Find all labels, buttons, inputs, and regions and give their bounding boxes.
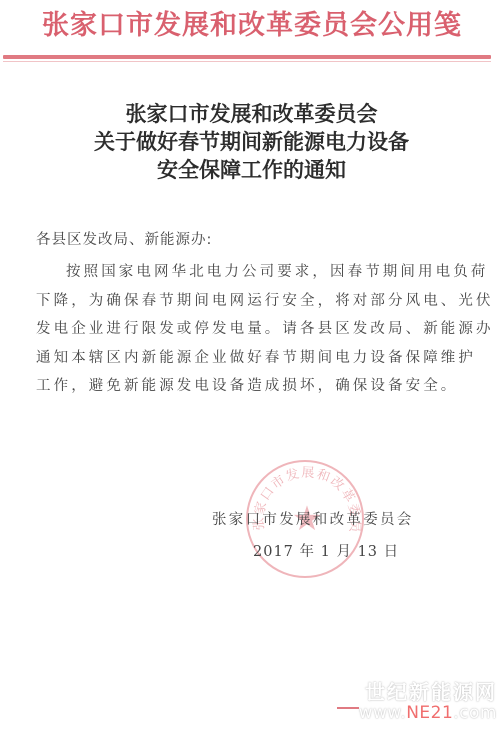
letterhead: 张家口市发展和改革委员会公用笺 xyxy=(0,0,503,60)
paragraph-line: 发电企业进行限发或停发电量。请各县区发改局、新能源办 xyxy=(36,315,476,344)
document-title-line-1: 张家口市发展和改革委员会 xyxy=(0,100,503,128)
letterhead-divider xyxy=(3,55,491,59)
letterhead-divider-thin xyxy=(3,61,491,62)
body-paragraph: 按照国家电网华北电力公司要求，因春节期间用电负荷 下降，为确保春节期间电网运行安… xyxy=(36,258,476,401)
watermark-accent-line xyxy=(337,707,359,709)
watermark-url-suffix: .com xyxy=(453,703,497,723)
watermark-url-prefix: www. xyxy=(359,703,407,723)
paragraph-line: 工作，避免新能源发电设备造成损坏，确保设备安全。 xyxy=(36,372,476,401)
watermark-url: www.NE21.com xyxy=(337,703,497,723)
signature-organization: 张家口市发展和改革委员会 xyxy=(212,508,414,532)
paragraph-line: 按照国家电网华北电力公司要求，因春节期间用电负荷 xyxy=(36,258,476,287)
document-title: 张家口市发展和改革委员会 关于做好春节期间新能源电力设备 安全保障工作的通知 xyxy=(0,100,503,184)
document-title-line-3: 安全保障工作的通知 xyxy=(0,156,503,184)
signature-date: 2017 年 1 月 13 日 xyxy=(253,540,399,564)
document-title-line-2: 关于做好春节期间新能源电力设备 xyxy=(0,128,503,156)
document-body: 各县区发改局、新能源办: 按照国家电网华北电力公司要求，因春节期间用电负荷 下降… xyxy=(36,226,476,401)
paragraph-line: 下降，为确保春节期间电网运行安全，将对部分风电、光伏 xyxy=(36,287,476,316)
paragraph-line: 通知本辖区内新能源企业做好春节期间电力设备保障维护 xyxy=(36,344,476,373)
watermark: 世纪新能源网 www.NE21.com xyxy=(337,681,497,729)
watermark-site-name: 世纪新能源网 xyxy=(337,681,497,703)
letterhead-title: 张家口市发展和改革委员会公用笺 xyxy=(32,9,472,43)
watermark-url-accent: NE21 xyxy=(406,703,453,723)
salutation: 各县区发改局、新能源办: xyxy=(36,226,476,254)
